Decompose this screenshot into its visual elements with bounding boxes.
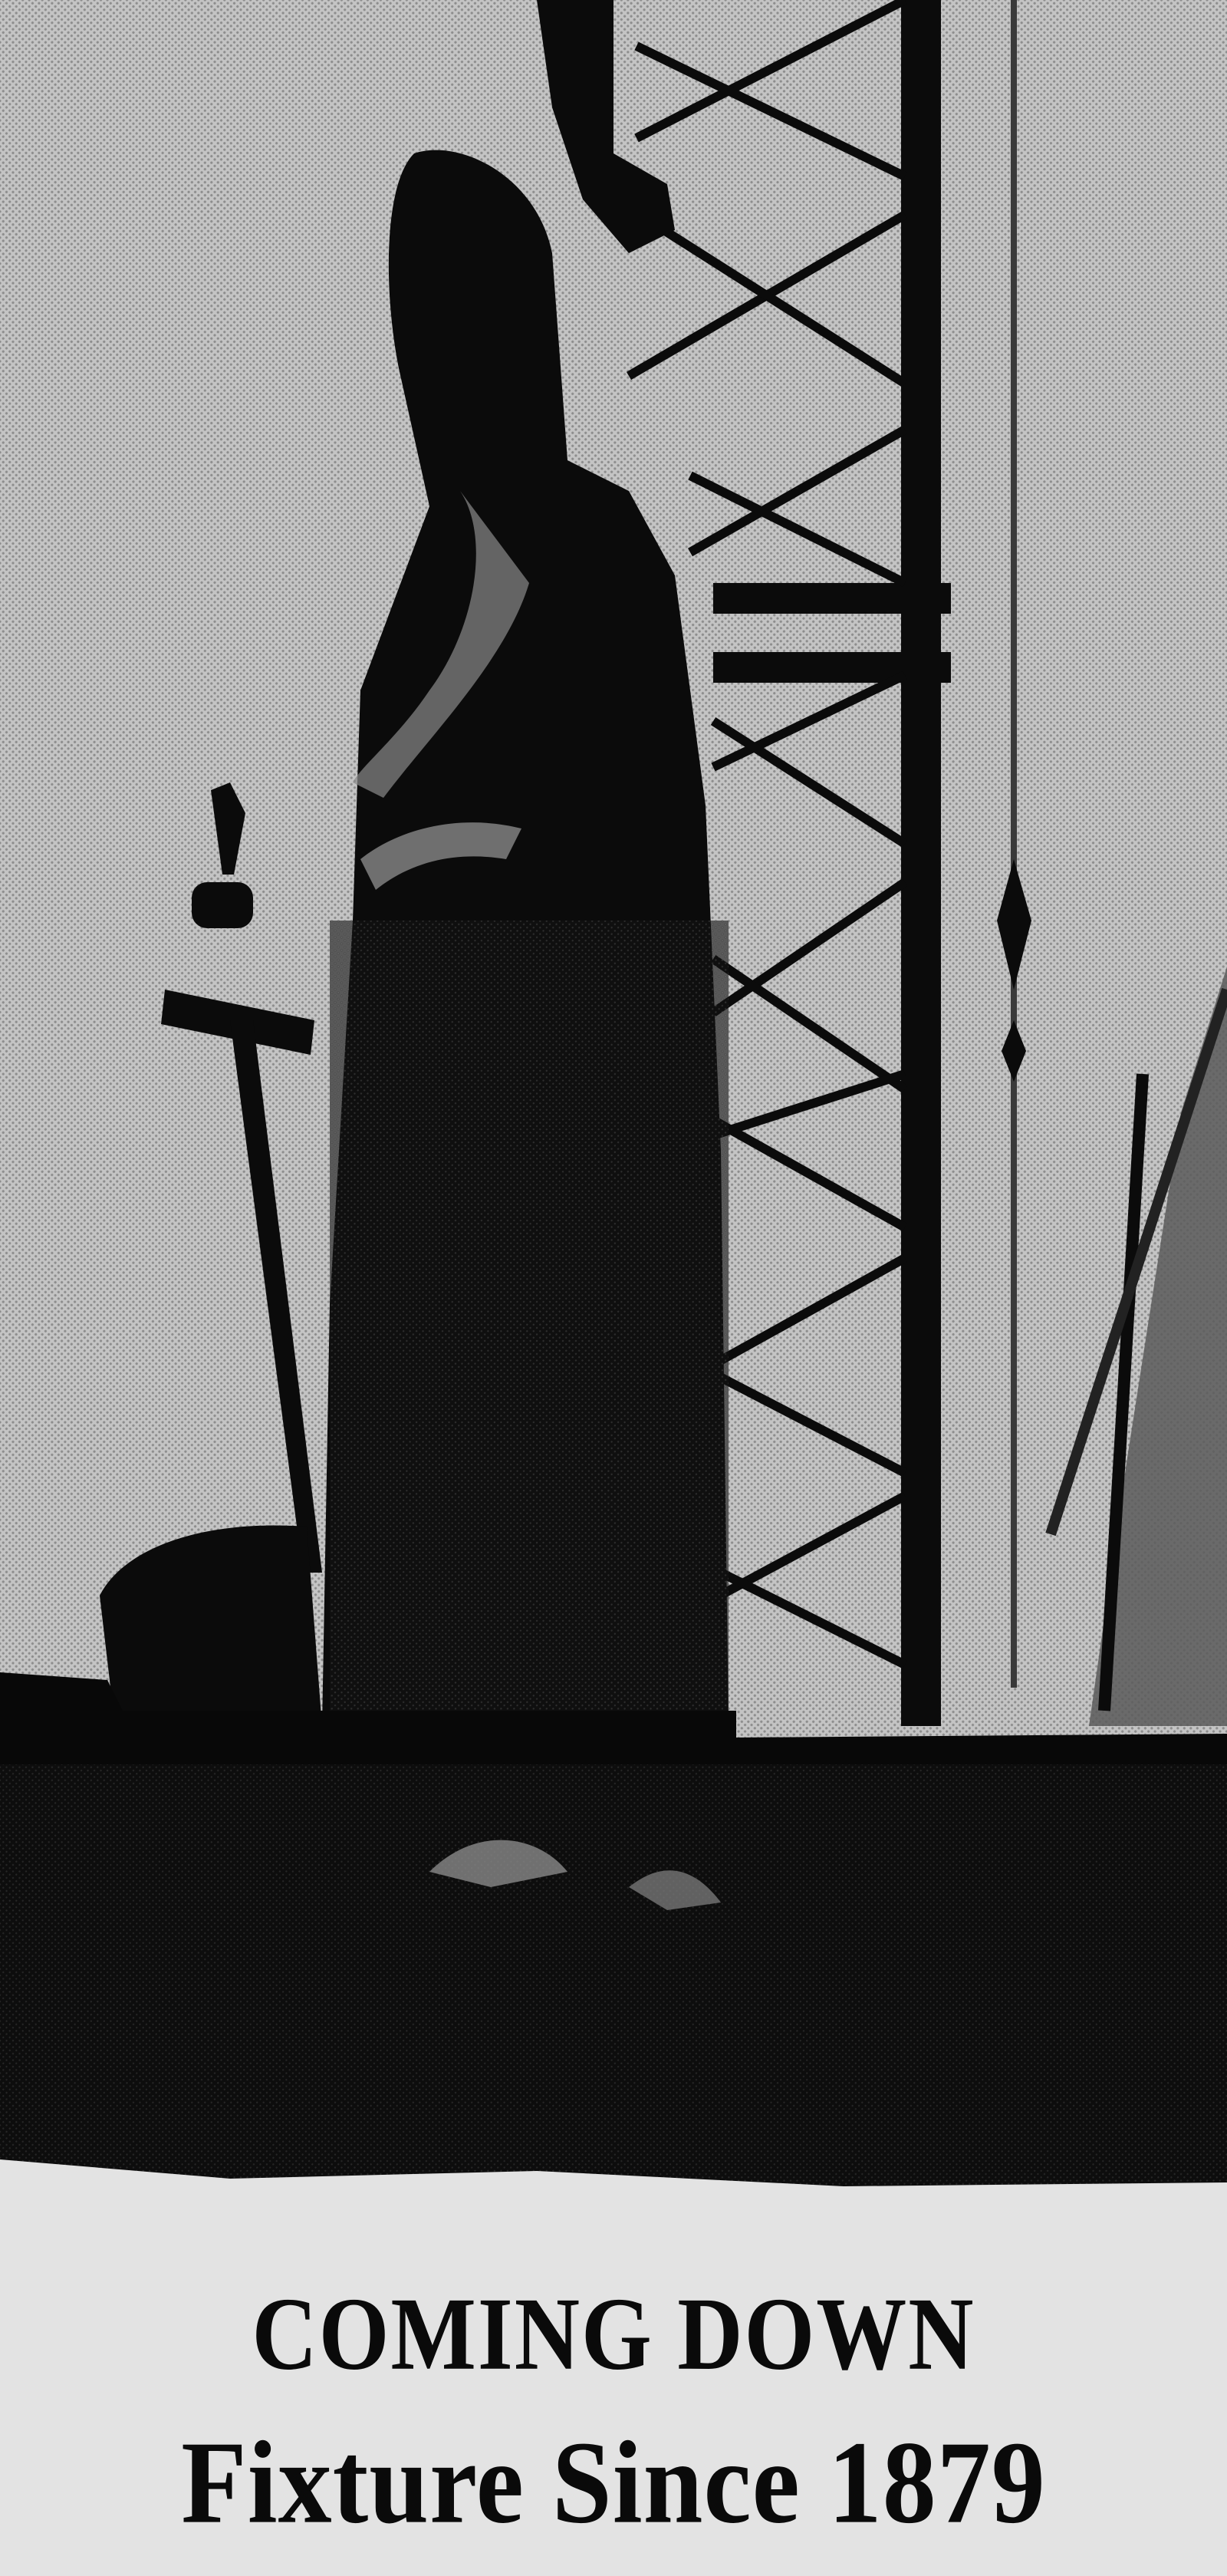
photo-caption: COMING DOWN Fixture Since 1879 (0, 2186, 1227, 2576)
caption-subhead: Fixture Since 1879 (0, 2424, 1227, 2542)
photo-illustration (0, 0, 1227, 2186)
newspaper-clipping: COMING DOWN Fixture Since 1879 (0, 0, 1227, 2576)
news-photo (0, 0, 1227, 2186)
caption-headline: COMING DOWN (0, 2282, 1227, 2387)
base-shadow (0, 1672, 1227, 2186)
